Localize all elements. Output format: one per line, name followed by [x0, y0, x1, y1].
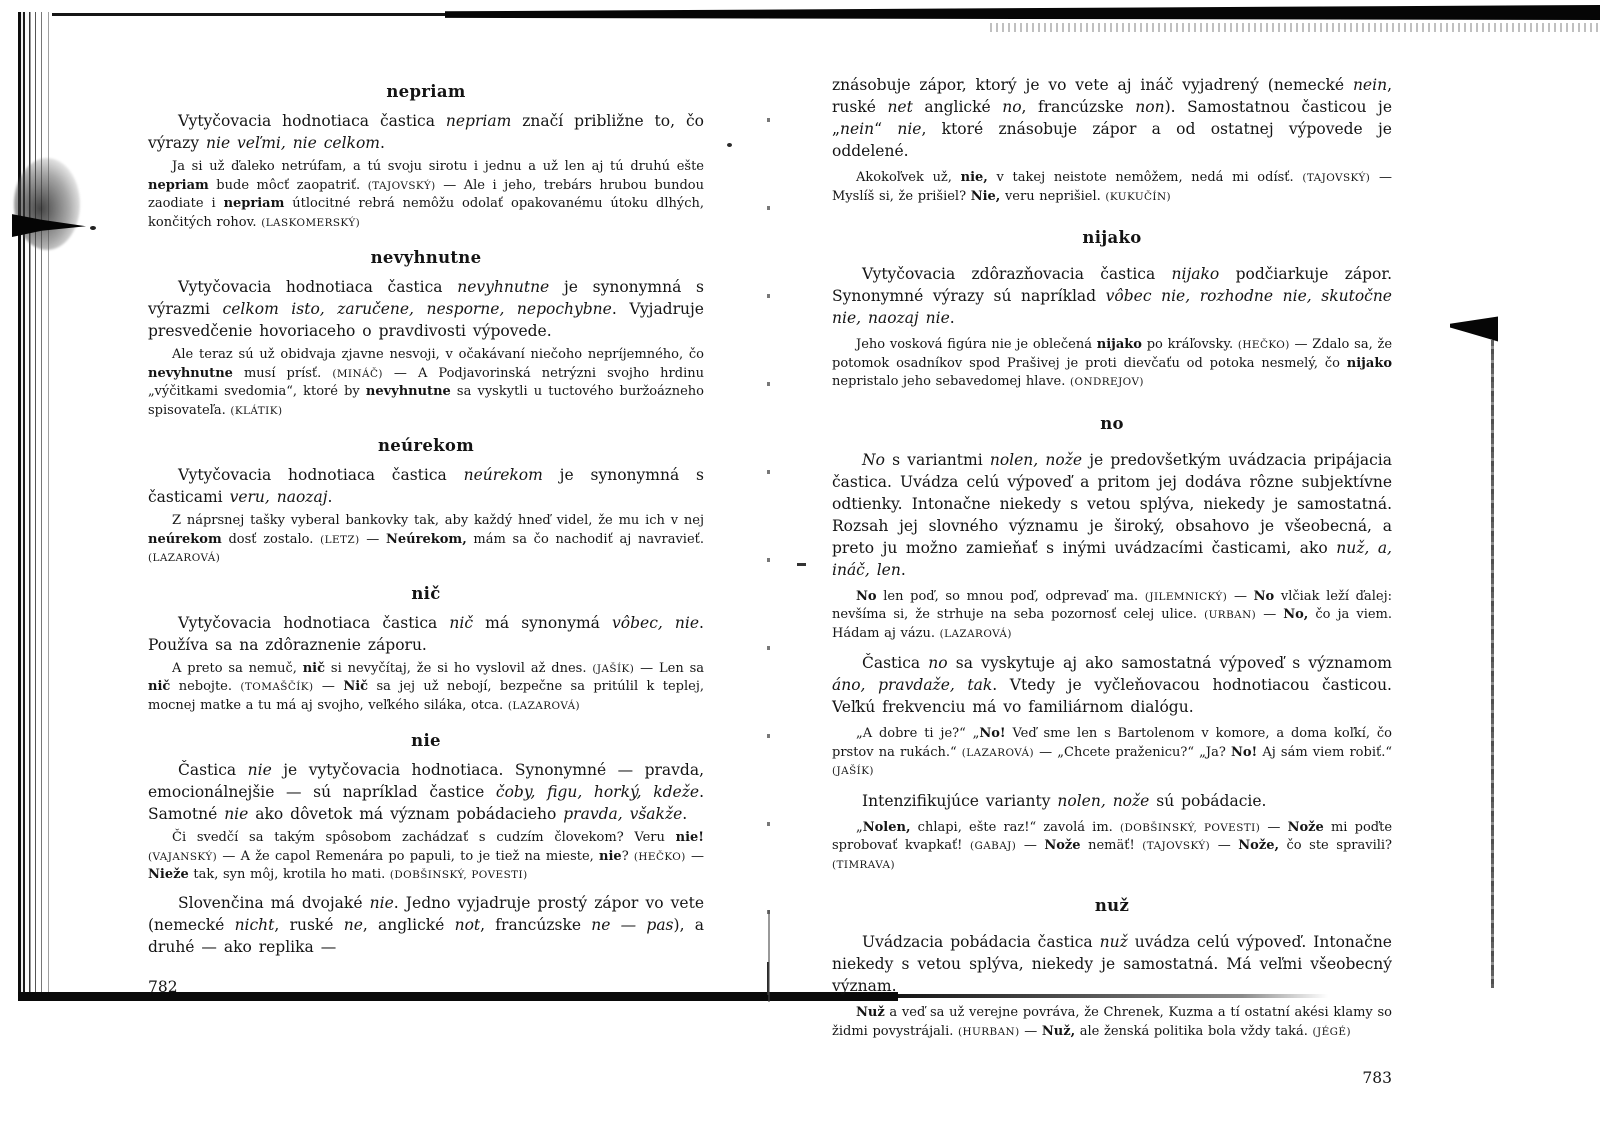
- scan-top-edge-speckle: [990, 23, 1600, 32]
- binding-dot: [90, 226, 96, 230]
- gutter-fold-line: [768, 910, 770, 1002]
- book-spread: nepriamVytyčovacia hodnotiaca častica ne…: [0, 0, 1600, 1130]
- example-paragraph: A preto sa nemuč, nič si nevyčítaj, že s…: [148, 660, 704, 716]
- body-paragraph: No s variantmi nolen, nože je predovšetk…: [832, 449, 1392, 581]
- page-number-left: 782: [148, 978, 704, 996]
- body-paragraph: Vytyčovacia hodnotiaca častica nič má sy…: [148, 612, 704, 656]
- gutter-dash: [797, 563, 806, 566]
- entry-heading: nevyhnutne: [148, 248, 704, 267]
- gutter-dot: [727, 143, 732, 147]
- example-paragraph: „A dobre ti je?“ „No! Veď sme len s Bart…: [832, 725, 1392, 781]
- body-paragraph: Vytyčovacia hodnotiaca častica neúrekom …: [148, 464, 704, 508]
- example-paragraph: Či svedčí sa takým spôsobom zachádzať s …: [148, 829, 704, 885]
- entry-heading: nie: [148, 731, 704, 750]
- body-paragraph: Častica nie je vytyčovacia hodnotiaca. S…: [148, 759, 704, 825]
- scan-top-edge-bar: [445, 5, 1600, 20]
- body-paragraph: znásobuje zápor, ktorý je vo vete aj iná…: [832, 74, 1392, 162]
- entry-heading: no: [832, 414, 1392, 433]
- body-paragraph: Vytyčovacia hodnotiaca častica nevyhnutn…: [148, 276, 704, 342]
- example-paragraph: Ale teraz sú už obidvaja zjavne nesvoji,…: [148, 346, 704, 420]
- body-paragraph: Vytyčovacia hodnotiaca častica nepriam z…: [148, 110, 704, 154]
- page-left-content: nepriamVytyčovacia hodnotiaca častica ne…: [148, 82, 704, 958]
- entry-heading: nijako: [832, 228, 1392, 247]
- page-corner-mark-right: [1450, 316, 1498, 342]
- body-paragraph: Slovenčina má dvojaké nie. Jedno vyjadru…: [148, 892, 704, 958]
- entry-heading: nič: [148, 584, 704, 603]
- example-paragraph: „Nolen, chlapi, ešte raz!“ zavolá im. (D…: [832, 819, 1392, 875]
- example-paragraph: Jeho vosková figúra nie je oblečená nija…: [832, 336, 1392, 392]
- page-right: znásobuje zápor, ktorý je vo vete aj iná…: [832, 74, 1392, 1087]
- body-paragraph: Uvádzacia pobádacia častica nuž uvádza c…: [832, 931, 1392, 997]
- example-paragraph: Z náprsnej tašky vyberal bankovky tak, a…: [148, 512, 704, 568]
- page-number-right: 783: [832, 1069, 1392, 1087]
- scan-top-edge-line: [18, 13, 448, 16]
- entry-heading: nepriam: [148, 82, 704, 101]
- entry-heading: nuž: [832, 896, 1392, 915]
- binding-smudge: [14, 158, 80, 250]
- example-paragraph: Akokoľvek už, nie, v takej neistote nemô…: [832, 169, 1392, 206]
- page-right-content: znásobuje zápor, ktorý je vo vete aj iná…: [832, 74, 1392, 1041]
- example-paragraph: Nuž a veď sa už verejne povráva, že Chre…: [832, 1004, 1392, 1041]
- page-edge-line-right: [1491, 340, 1494, 988]
- body-paragraph: Vytyčovacia zdôrazňovacia častica nijako…: [832, 263, 1392, 329]
- body-paragraph: Intenzifikujúce varianty nolen, nože sú …: [832, 790, 1392, 812]
- example-paragraph: Ja si už ďaleko netrúfam, a tú svoju sir…: [148, 158, 704, 232]
- entry-heading: neúrekom: [148, 436, 704, 455]
- page-left: nepriamVytyčovacia hodnotiaca častica ne…: [148, 82, 704, 996]
- gutter-specks: [767, 118, 770, 958]
- body-paragraph: Častica no sa vyskytuje aj ako samostatn…: [832, 652, 1392, 718]
- example-paragraph: No len poď, so mnou poď, odprevaď ma. (J…: [832, 588, 1392, 644]
